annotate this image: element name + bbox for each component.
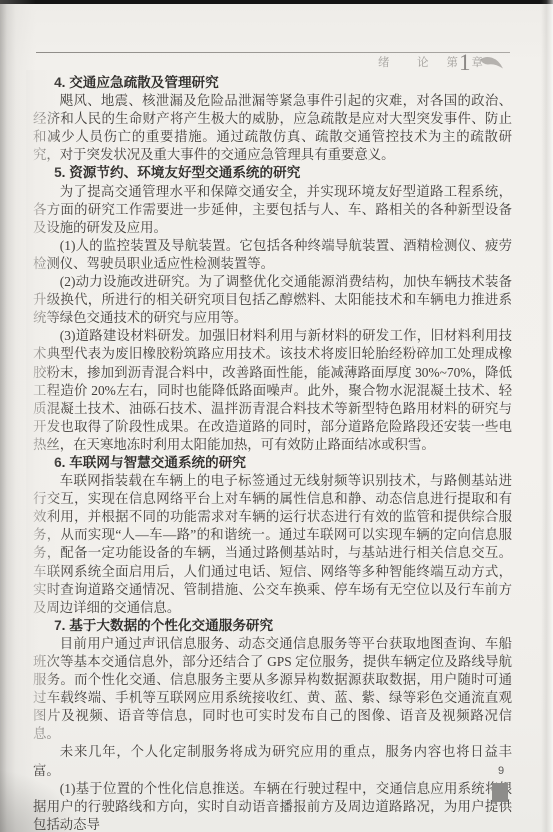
body-paragraph: 为了提高交通管理水平和保障交通安全，并实现环境友好型道路工程系统，各方面的研究工… (33, 183, 512, 237)
body-paragraph: 目前用户通过声讯信息服务、动态交通信息服务等平台获取地图查询、车船班次等基本交通… (33, 635, 512, 744)
chapter-suffix: 章 (472, 58, 502, 73)
page-number: 9 (492, 765, 510, 777)
book-page: 绪 论 第 1 章 4. 交通应急疏散及管理研究飓风、地震、核泄漏及危险品泄漏等… (0, 0, 553, 832)
chapter-number: 1 (459, 54, 471, 72)
section-heading: 4. 交通应急疏散及管理研究 (33, 74, 512, 92)
page-corner-mark (492, 783, 508, 802)
running-header: 绪 论 第 1 章 (378, 48, 502, 72)
page-body-text: 4. 交通应急疏散及管理研究飓风、地震、核泄漏及危险品泄漏等紧急事件引起的灾难，… (33, 74, 512, 832)
body-paragraph: (3)道路建设材料研发。加强旧材料利用与新材料的研发工作，旧材料利用技术典型代表… (33, 327, 512, 454)
body-paragraph: (1)人的监控装置及导航装置。它包括各种终端导航装置、酒精检测仪、疲劳检测仪、驾… (33, 237, 512, 273)
body-paragraph: (2)动力设施改进研究。为了调整优化交通能源消费结构，加快车辆技术装备升级换代，… (33, 273, 512, 327)
body-paragraph: 未来几年，个人化定制服务将成为研究应用的重点，服务内容也将日益丰富。 (33, 743, 512, 779)
section-title: 绪 论 (378, 58, 437, 73)
section-heading: 6. 车联网与智慧交通系统的研究 (33, 454, 512, 472)
chapter-prefix: 第 (447, 58, 459, 73)
body-paragraph: 车联网指装载在车辆上的电子标签通过无线射频等识别技术，与路侧基站进行交互，实现在… (33, 472, 512, 617)
section-heading: 5. 资源节约、环境友好型交通系统的研究 (33, 164, 512, 182)
scan-gutter-shadow (0, 0, 36, 832)
section-heading: 7. 基于大数据的个性化交通服务研究 (33, 617, 512, 635)
scan-right-edge (541, 0, 553, 832)
body-paragraph: 飓风、地震、核泄漏及危险品泄漏等紧急事件引起的灾难，对各国的政治、经济和人民的生… (33, 92, 512, 164)
scan-top-edge (0, 0, 553, 4)
body-paragraph: (1)基于位置的个性化信息推送。车辆在行驶过程中，交通信息应用系统将根据用户的行… (33, 780, 512, 832)
